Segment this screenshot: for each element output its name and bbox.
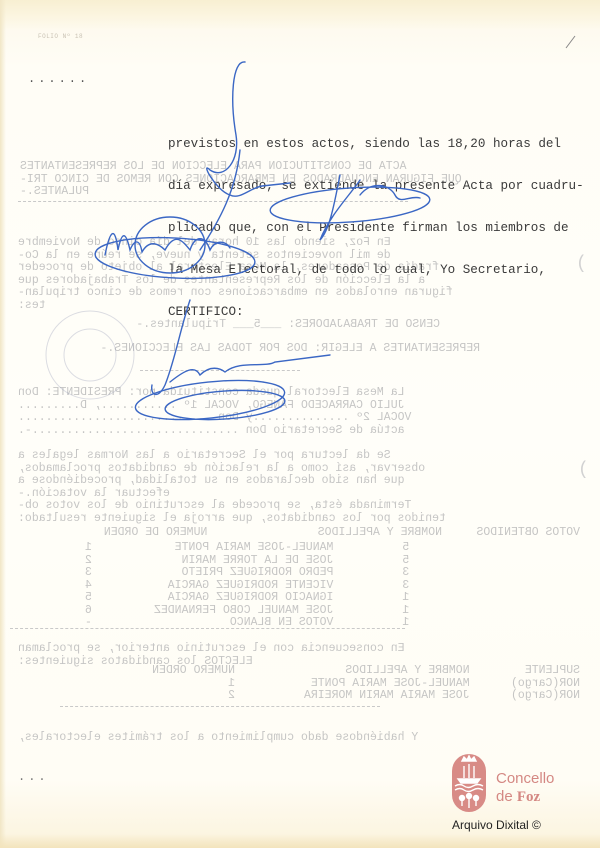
logo-prefix: de [496, 788, 513, 805]
main-line: día expresado, se extiende la presente A… [168, 179, 588, 193]
header-stamp: FOLIO Nº 18 [38, 33, 83, 40]
page-edge-left [0, 0, 6, 848]
bleed-closing: Y habiéndose dado cumplimiento a los trá… [18, 732, 588, 745]
main-paragraph: previstos en estos actos, siendo las 18,… [168, 109, 588, 333]
corner-mark [566, 36, 575, 48]
page-edge-top [0, 0, 600, 30]
archive-label: Arquivo Dixital © [452, 818, 541, 832]
main-line: previstos en estos actos, siendo las 18,… [168, 137, 588, 151]
bleed-paragraph-2: La Mesa Electoral queda constituida por:… [18, 387, 588, 437]
bleed-rule [60, 706, 380, 707]
bleed-rule [10, 628, 405, 629]
bleed-results-rows: 5 MANUEL-JOSE MARIA PONTE 1 5 JOSE DE LA… [30, 542, 430, 630]
main-line: plicado que, con el Presidente firman lo… [168, 221, 588, 235]
logo-line-1: Concello [496, 770, 554, 787]
bleed-representatives-line: REPRESENTANTES A ELEGIR: DOS POR TODAS L… [60, 343, 480, 356]
main-line: CERTIFICO: [168, 305, 588, 319]
bleed-paragraph-3: Se da lectura por el Secretario a las No… [18, 450, 588, 525]
page-edge-bottom [0, 834, 600, 848]
logo-line-2: de Foz [496, 788, 540, 806]
coat-of-arms-icon [452, 754, 486, 812]
punch-hole-mark: ( [578, 460, 589, 480]
concello-foz-logo: Concello de Foz [452, 754, 592, 824]
main-line: la Mesa Electoral, de todo lo cual, Yo S… [168, 263, 588, 277]
bleed-results-header: VOTOS OBTENIDOS NOMBRE Y APELLIDOS NUMER… [0, 527, 580, 540]
logo-name: Foz [517, 789, 540, 805]
bleed-elected-table: SUPLENTE NOMBRE Y APELLIDOS NUMERO ORDEN… [20, 665, 580, 703]
trailing-dots: ... [18, 770, 49, 784]
leading-dots: ...... [28, 72, 89, 86]
bleed-rule [140, 370, 300, 371]
